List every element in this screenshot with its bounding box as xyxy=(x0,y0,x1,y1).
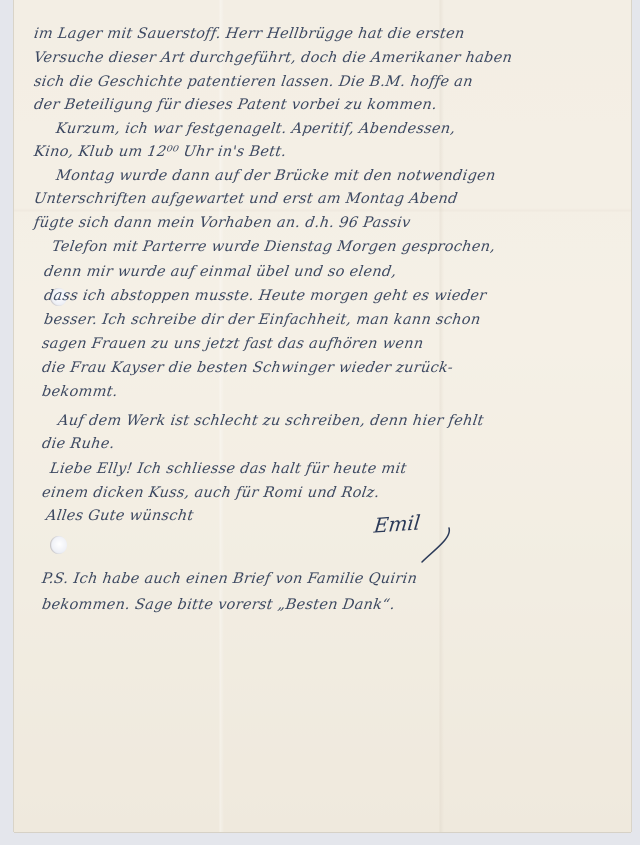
letter-line: Montag wurde dann auf der Brücke mit den… xyxy=(55,168,497,184)
letter-line: besser. Ich schreibe dir der Einfachheit… xyxy=(43,312,482,328)
letter-line: Kino, Klub um 12⁰⁰ Uhr in's Bett. xyxy=(33,144,288,160)
letter-line: die Ruhe. xyxy=(41,436,116,452)
letter-line: Liebe Elly! Ich schliesse das halt für h… xyxy=(49,461,408,477)
letter-line: einem dicken Kuss, auch für Romi und Rol… xyxy=(41,485,381,501)
letter-line: dass ich abstoppen musste. Heute morgen … xyxy=(43,288,488,304)
letter-line: denn mir wurde auf einmal übel und so el… xyxy=(43,264,398,280)
letter-line: Alles Gute wünscht xyxy=(45,508,195,524)
letter-line: die Frau Kayser die besten Schwinger wie… xyxy=(41,360,454,376)
postscript-line: bekommen. Sage bitte vorerst „Besten Dan… xyxy=(41,597,396,613)
letter-line: Unterschriften aufgewartet und erst am M… xyxy=(33,191,459,207)
letter-line: im Lager mit Sauerstoff. Herr Hellbrügge… xyxy=(33,26,466,42)
letter-line: Kurzum, ich war festgenagelt. Aperitif, … xyxy=(55,121,457,137)
postscript-line: P.S. Ich habe auch einen Brief von Famil… xyxy=(41,571,418,587)
letter-line: Telefon mit Parterre wurde Dienstag Morg… xyxy=(51,239,496,255)
punch-hole xyxy=(50,536,67,554)
letter-line: bekommt. xyxy=(41,384,119,400)
letter-line: sagen Frauen zu uns jetzt fast das aufhö… xyxy=(41,336,425,352)
letter-line: Versuche dieser Art durchgeführt, doch d… xyxy=(33,50,513,66)
letter-line: fügte sich dann mein Vorhaben an. d.h. 9… xyxy=(33,215,412,231)
signature-flourish xyxy=(394,520,464,570)
letter-line: der Beteiligung für dieses Patent vorbei… xyxy=(33,97,438,113)
scanned-page: im Lager mit Sauerstoff. Herr Hellbrügge… xyxy=(0,0,640,845)
letter-line: sich die Geschichte patentieren lassen. … xyxy=(33,74,474,90)
letter-paper: im Lager mit Sauerstoff. Herr Hellbrügge… xyxy=(14,0,631,832)
letter-line: Auf dem Werk ist schlecht zu schreiben, … xyxy=(57,413,485,429)
